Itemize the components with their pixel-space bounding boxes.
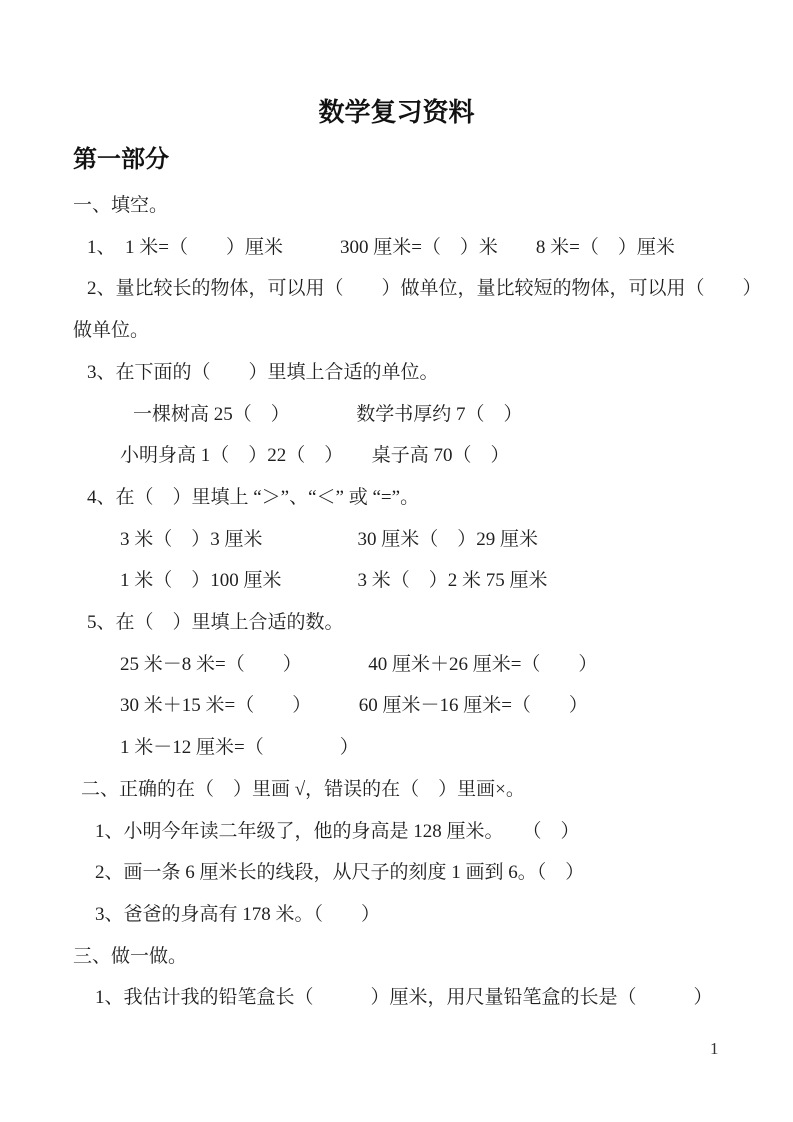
q1-5-expression-line-3: 1 米－12 厘米=（ ） — [73, 727, 773, 769]
q2-1-statement: 1、小明今年读二年级了，他的身高是 128 厘米。 （ ） — [73, 811, 773, 853]
q1-3-line-tree-book: 一棵树高 25（ ） 数学书厚约 7（ ） — [73, 394, 773, 436]
q1-4-compare-line-2: 1 米（ ）100 厘米 3 米（ ）2 米 75 厘米 — [73, 560, 773, 602]
document-title: 数学复习资料 — [0, 0, 793, 128]
q1-4-compare-line-1: 3 米（ ）3 厘米 30 厘米（ ）29 厘米 — [73, 519, 773, 561]
q1-3-line-height-desk: 小明身高 1（ ）22（ ） 桌子高 70（ ） — [73, 435, 773, 477]
section-1-fill-blanks-heading: 一、填空。 — [73, 185, 773, 227]
q2-3-statement: 3、爸爸的身高有 178 米。（ ） — [73, 894, 773, 936]
section-2-true-false-heading: 二、正确的在（ ）里画 √，错误的在（ ）里画×。 — [73, 769, 773, 811]
q1-2-unit-choice-part1: 2、量比较长的物体，可以用（ ）做单位，量比较短的物体，可以用（ ） — [73, 268, 773, 310]
page-number: 1 — [710, 1040, 719, 1057]
q1-5-expression-line-2: 30 米＋15 米=（ ） 60 厘米－16 厘米=（ ） — [73, 685, 773, 727]
worksheet-page: 数学复习资料 第一部分 一、填空。 1、 1 米=（ ）厘米 300 厘米=（ … — [0, 0, 793, 1122]
q1-5-fill-numbers-prompt: 5、在（ ）里填上合适的数。 — [73, 602, 773, 644]
q1-5-expression-line-1: 25 米－8 米=（ ） 40 厘米＋26 厘米=（ ） — [73, 644, 773, 686]
worksheet-body: 一、填空。 1、 1 米=（ ）厘米 300 厘米=（ ）米 8 米=（ ）厘米… — [73, 185, 773, 1019]
q1-4-compare-prompt: 4、在（ ）里填上 “＞”、“＜” 或 “=”。 — [73, 477, 773, 519]
q2-2-statement: 2、画一条 6 厘米长的线段，从尺子的刻度 1 画到 6。（ ） — [73, 852, 773, 894]
q1-3-fill-units-prompt: 3、在下面的（ ）里填上合适的单位。 — [73, 352, 773, 394]
section-heading: 第一部分 — [73, 146, 773, 174]
q1-2-unit-choice-part2: 做单位。 — [73, 310, 773, 352]
q3-1-estimate-pencilbox: 1、我估计我的铅笔盒长（ ）厘米，用尺量铅笔盒的长是（ ） — [73, 977, 773, 1019]
q1-1-unit-conversion: 1、 1 米=（ ）厘米 300 厘米=（ ）米 8 米=（ ）厘米 — [73, 227, 773, 269]
section-3-do-it-heading: 三、做一做。 — [73, 936, 773, 978]
